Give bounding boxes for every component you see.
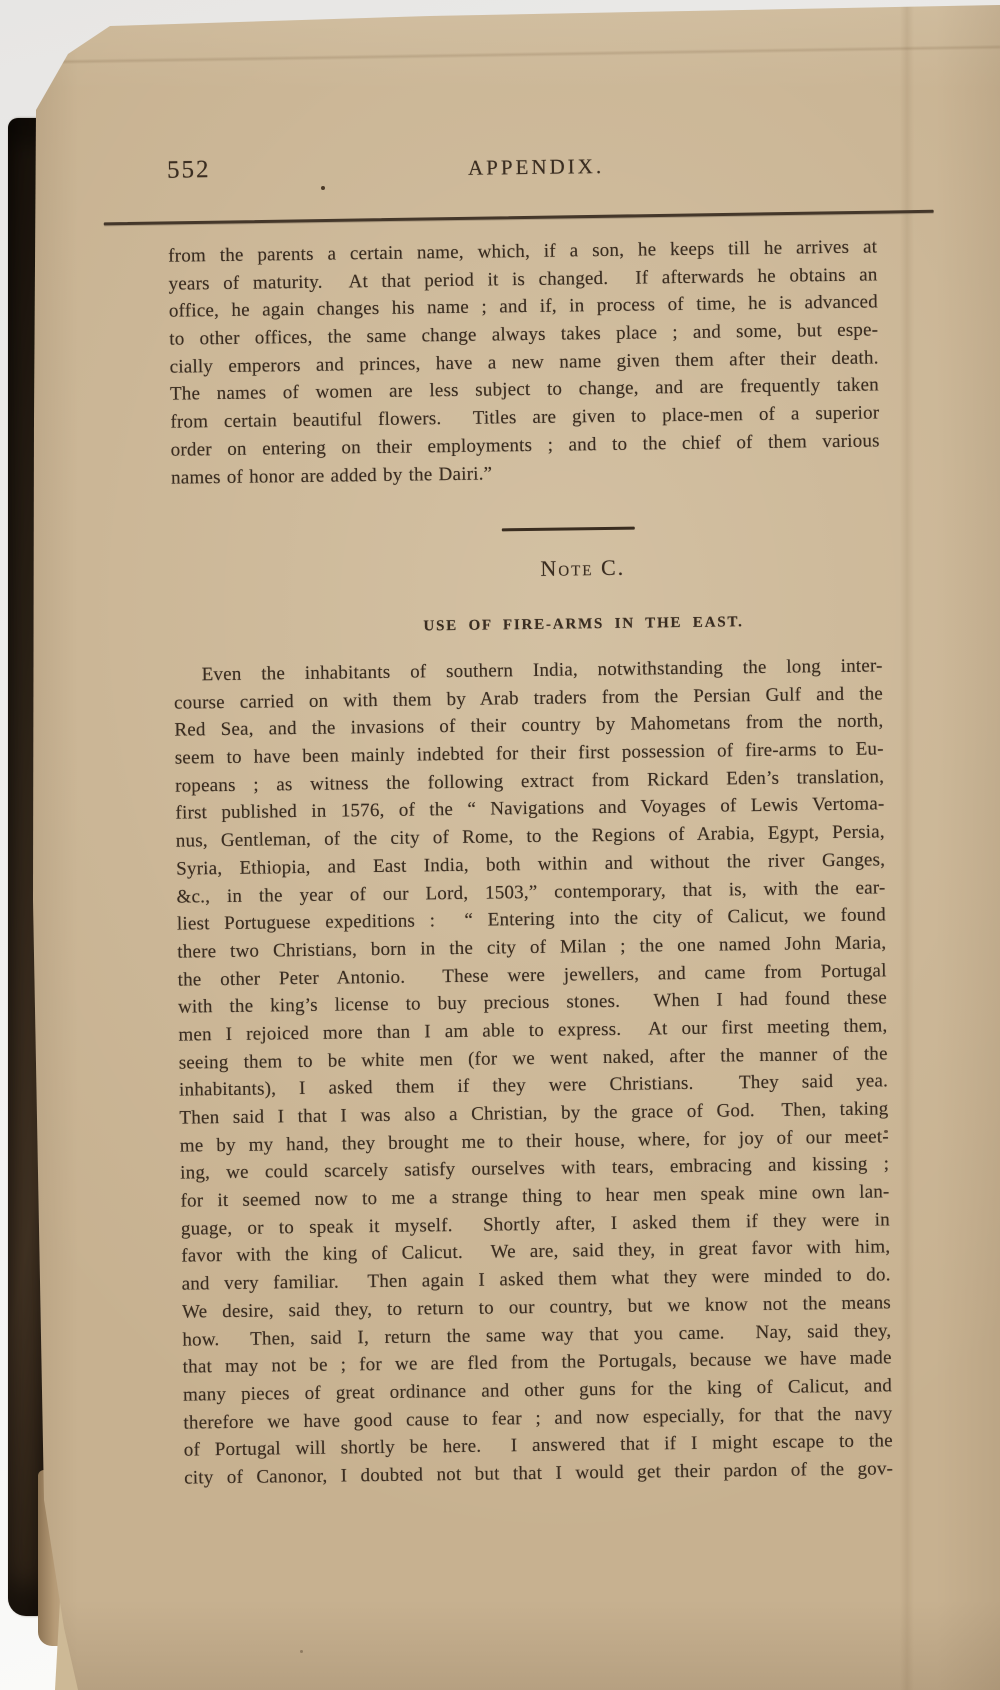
note-subheading: USE OF FIRE-ARMS IN THE EAST. (173, 612, 938, 639)
note-paragraph: Even the inhabitants of southern India, … (174, 652, 894, 1492)
note-heading: Note C. (172, 551, 937, 587)
section-divider-rule (502, 527, 635, 531)
running-header: 552 APPENDIX. (167, 145, 879, 190)
book-page: 552 APPENDIX. from the parents a certain… (0, 0, 1000, 1690)
photo-backdrop: 552 APPENDIX. from the parents a certain… (0, 0, 1000, 1690)
running-title: APPENDIX. (167, 150, 879, 184)
header-rule (104, 210, 934, 225)
page-content: 552 APPENDIX. from the parents a certain… (0, 0, 1000, 1690)
paragraph-continuation: from the parents a certain name, which, … (168, 233, 880, 491)
